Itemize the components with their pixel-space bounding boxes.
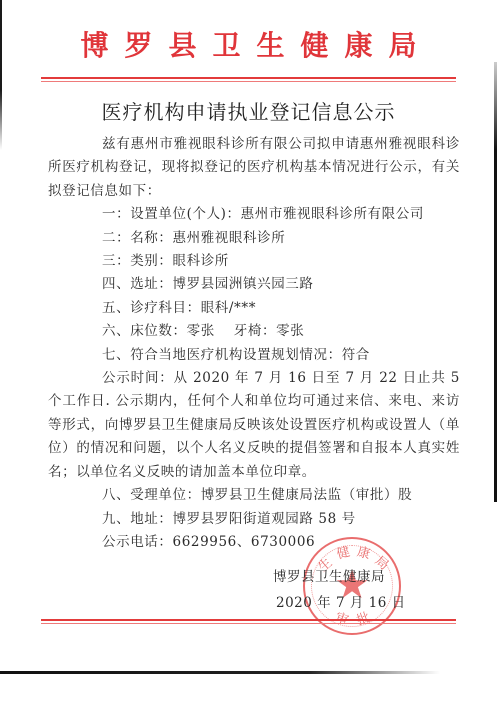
item-label: 九、地址： (102, 511, 173, 527)
info-item-name: 二：名称：惠州雅视眼科诊所 (75, 227, 460, 250)
item-label: 六、床位数： (102, 323, 187, 339)
item-value: 惠州雅视眼科诊所 (173, 230, 286, 246)
item-label: 五、诊疗科目： (102, 300, 201, 316)
scan-edge-bottom (0, 671, 440, 674)
notice-period-paragraph: 公示时间：从 2020 年 7 月 16 日至 7 月 22 日止共 5 个工作… (48, 367, 460, 484)
info-item-organizer: 一：设置单位(个人)：惠州市雅视眼科诊所有限公司 (75, 203, 460, 226)
item-value: 眼科诊所 (173, 253, 229, 269)
info-item-handling-unit: 八、受理单位：博罗县卫生健康局法监（审批）股 (75, 484, 460, 507)
item-label: 四、选址： (102, 276, 173, 292)
item-label: 一：设置单位(个人)： (102, 206, 241, 222)
info-item-departments: 五、诊疗科目：眼科/*** (75, 297, 460, 320)
document-body: 兹有惠州市雅视眼科诊所有限公司拟申请惠州雅视眼科诊所医疗机构登记，现将拟登记的医… (75, 133, 460, 554)
item-label: 公示电话： (102, 534, 173, 550)
info-item-beds: 六、床位数：零张 牙椅：零张 (75, 320, 460, 343)
letterhead-red-rule (41, 77, 456, 79)
item-label: 七、符合当地医疗机构设置规划情况： (102, 347, 342, 363)
document-title: 医疗机构申请执业登记信息公示 (0, 98, 497, 126)
info-item-location: 四、选址：博罗县园洲镇兴园三路 (75, 273, 460, 296)
item-value: 博罗县卫生健康局法监（审批）股 (201, 487, 413, 503)
item-value: 零张 牙椅：零张 (187, 323, 305, 339)
footer-red-rule (41, 619, 456, 621)
item-value: 博罗县园洲镇兴园三路 (173, 276, 314, 292)
signature-organization: 博罗县卫生健康局 (270, 564, 430, 590)
item-value: 博罗县罗阳街道观园路 58 号 (173, 511, 356, 527)
item-label: 八、受理单位： (102, 487, 201, 503)
info-item-planning-compliance: 七、符合当地医疗机构设置规划情况：符合 (75, 344, 460, 367)
info-item-address: 九、地址：博罗县罗阳街道观园路 58 号 (75, 508, 460, 531)
info-item-phone: 公示电话：6629956、6730006 (75, 531, 460, 554)
item-value: 惠州市雅视眼科诊所有限公司 (241, 206, 424, 222)
signature-block: 博罗县卫生健康局 2020 年 7 月 16 日 (270, 564, 430, 616)
item-value: 眼科/*** (201, 300, 256, 316)
signature-date: 2020 年 7 月 16 日 (270, 590, 430, 616)
scan-edge-left (0, 0, 2, 150)
item-label: 二：名称： (102, 230, 173, 246)
item-value: 符合 (342, 347, 370, 363)
letterhead-organization: 博罗县卫生健康局 (0, 28, 497, 64)
item-value: 6629956、6730006 (173, 534, 316, 550)
info-item-category: 三：类别：眼科诊所 (75, 250, 460, 273)
item-label: 三：类别： (102, 253, 173, 269)
intro-paragraph: 兹有惠州市雅视眼科诊所有限公司拟申请惠州雅视眼科诊所医疗机构登记，现将拟登记的医… (48, 133, 460, 203)
